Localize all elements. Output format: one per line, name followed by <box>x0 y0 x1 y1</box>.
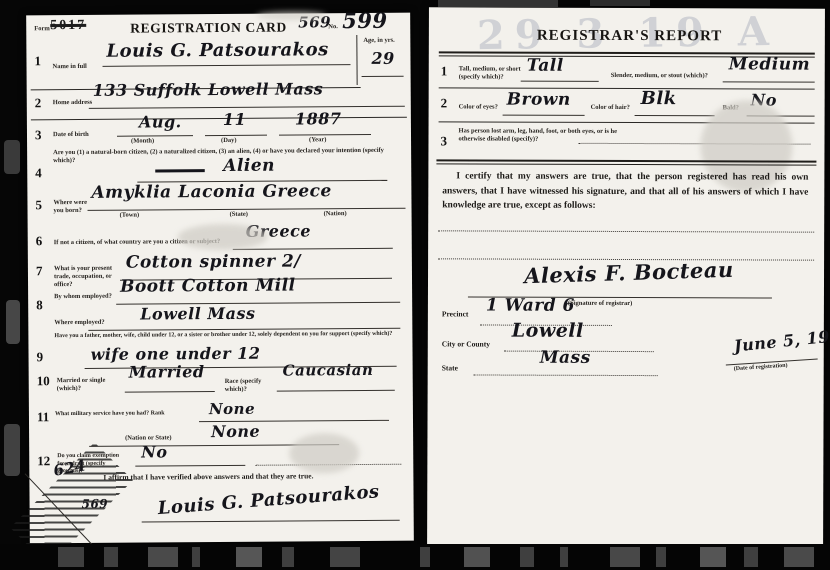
row10-number: 10 <box>37 373 50 389</box>
height-underline <box>521 80 599 82</box>
where-employed-label: Where employed? <box>54 319 114 328</box>
registration-card: Form 5017 REGISTRATION CARD 569 No. 599 … <box>26 13 414 544</box>
film-mark <box>464 547 490 567</box>
state-caption: (State) <box>230 211 248 218</box>
film-mark <box>420 547 430 567</box>
film-mark-top <box>438 0 558 7</box>
exemption-value: No <box>141 442 167 461</box>
row5-number: 5 <box>35 197 42 213</box>
form-label: Form <box>34 25 50 32</box>
section-rule <box>436 159 816 165</box>
film-mark <box>656 547 666 567</box>
row12-number: 12 <box>37 453 50 469</box>
row2-number: 2 <box>35 95 42 111</box>
hair-underline <box>635 114 715 116</box>
row4-number: 4 <box>35 165 42 181</box>
eyes-label: Color of eyes? <box>459 103 507 111</box>
city-county-label: City or County <box>442 339 490 348</box>
film-edge-blob <box>6 300 20 344</box>
name-value: Louis G. Patsourakos <box>106 39 328 62</box>
build-underline <box>723 80 815 82</box>
month-underline <box>117 134 193 137</box>
dependents-value: wife one under 12 <box>90 344 260 364</box>
signature-underline <box>142 519 400 523</box>
smudge <box>178 224 268 251</box>
film-mark <box>330 547 360 567</box>
age-box: Age, in yrs. 29 <box>356 35 407 85</box>
film-strip-bottom <box>0 544 830 570</box>
row7-label: What is your present trade, occupation, … <box>54 265 118 290</box>
form-number-stamp: 5017 <box>50 18 86 34</box>
build-label: Slender, medium, or stout (which)? <box>611 72 721 81</box>
report-row3-number: 3 <box>440 133 447 149</box>
birth-year-value: 1887 <box>295 109 342 128</box>
age-label: Age, in yrs. <box>363 37 394 44</box>
eyes-value: Brown <box>507 90 571 110</box>
film-mark <box>520 547 534 567</box>
exemption-underline <box>135 464 245 467</box>
row9-label: Have you a father, mother, wife, child u… <box>54 331 404 341</box>
film-mark <box>58 547 84 567</box>
month-caption: (Month) <box>131 137 154 144</box>
no-label: No. <box>328 23 338 30</box>
film-mark <box>744 547 758 567</box>
film-mark <box>560 547 568 567</box>
hair-value: Blk <box>641 88 677 109</box>
name-underline <box>103 63 351 67</box>
state-value: Mass <box>540 348 591 368</box>
smudge <box>289 433 359 473</box>
registration-date-value: June 5, 1917 <box>733 325 830 356</box>
year-underline <box>279 133 371 136</box>
report-title: REGISTRAR'S REPORT <box>537 28 722 46</box>
town-caption: (Town) <box>120 212 140 219</box>
affirmation-text: I affirm that I have verified above answ… <box>103 471 313 481</box>
registrars-report: 29 3 19 A REGISTRAR'S REPORT 1 Tall, med… <box>427 7 825 558</box>
row3-number: 3 <box>35 127 42 143</box>
row9-number: 9 <box>36 349 43 365</box>
race-label: Race (specify which)? <box>225 378 277 395</box>
film-mark <box>236 547 262 567</box>
row11-number: 11 <box>37 409 49 425</box>
film-mark-top <box>590 0 650 6</box>
row1-number: 1 <box>34 53 41 69</box>
precinct-value: 1 Ward 6 <box>486 296 575 316</box>
employer-value: Boott Cotton Mill <box>120 275 296 296</box>
home-address-value: 133 Suffolk Lowell Mass <box>93 79 324 100</box>
day-caption: (Day) <box>221 137 237 144</box>
report-row1-number: 1 <box>441 63 448 79</box>
married-underline <box>125 390 215 393</box>
film-mark <box>700 547 726 567</box>
citizenship-value: Alien <box>223 156 275 176</box>
certification-text: I certify that my answers are true, that… <box>442 169 808 214</box>
film-mark <box>104 547 118 567</box>
row8-number: 8 <box>36 297 43 313</box>
state-underline <box>474 373 658 376</box>
year-caption: (Year) <box>309 136 326 143</box>
day-underline <box>205 134 267 136</box>
race-value: Caucasian <box>283 361 374 380</box>
military-rank-value: None <box>209 400 255 418</box>
height-value: Tall <box>527 56 564 76</box>
height-label: Tall, medium, or short (specify which)? <box>459 65 521 81</box>
trade-value: Cotton spinner 2/ <box>126 251 301 272</box>
married-label: Married or single (which)? <box>57 377 123 394</box>
film-mark <box>192 547 200 567</box>
crossed-out-entry: ——— <box>155 160 205 179</box>
film-edge-blob <box>4 140 20 174</box>
eyes-underline <box>503 114 585 116</box>
country-underline <box>233 247 393 250</box>
employer-label: By whom employed? <box>54 293 114 302</box>
birthplace-value: Amyklia Laconia Greece <box>91 181 332 203</box>
registrant-signature: Louis G. Patsourakos <box>157 481 380 519</box>
military-nation-value: None <box>211 422 260 441</box>
married-value: Married <box>129 362 205 382</box>
hair-label: Color of hair? <box>591 104 639 112</box>
row6-number: 6 <box>36 233 43 249</box>
state-label: State <box>442 363 458 372</box>
city-county-value: Lowell <box>512 320 584 342</box>
row-divider <box>439 87 815 89</box>
nation-state-label: (Nation or State) <box>125 434 172 441</box>
film-mark <box>282 547 294 567</box>
build-value: Medium <box>729 54 810 74</box>
row3-label: Date of birth <box>53 131 97 139</box>
film-mark <box>148 547 178 567</box>
military-label: What military service have you had? Rank <box>55 410 195 418</box>
registrar-signature-caption: (Signature of registrar) <box>568 300 632 307</box>
birth-day-value: 11 <box>223 110 246 129</box>
report-row2-number: 2 <box>441 95 448 111</box>
age-underline <box>362 75 404 77</box>
order-number-handwritten: 599 <box>342 8 388 33</box>
row7-number: 7 <box>36 263 43 279</box>
birth-month-value: Aug. <box>139 112 182 131</box>
row2-label: Home address <box>53 99 93 107</box>
row-divider <box>31 117 407 121</box>
precinct-label: Precinct <box>442 309 469 318</box>
age-value: 29 <box>371 49 394 68</box>
film-edge-blob <box>4 424 20 476</box>
film-mark <box>610 547 640 567</box>
row5-label: Where were you born? <box>53 199 95 216</box>
race-underline <box>277 389 395 392</box>
address-underline <box>89 105 405 109</box>
nation-caption: (Nation) <box>324 210 347 217</box>
film-mark <box>784 547 814 567</box>
row1-label: Name in full <box>52 63 100 71</box>
card-title: REGISTRATION CARD <box>130 20 287 37</box>
exceptions-line-1 <box>438 229 814 232</box>
where-employed-value: Lowell Mass <box>140 304 255 324</box>
registrar-signature: Alexis F. Bocteau <box>524 257 734 289</box>
